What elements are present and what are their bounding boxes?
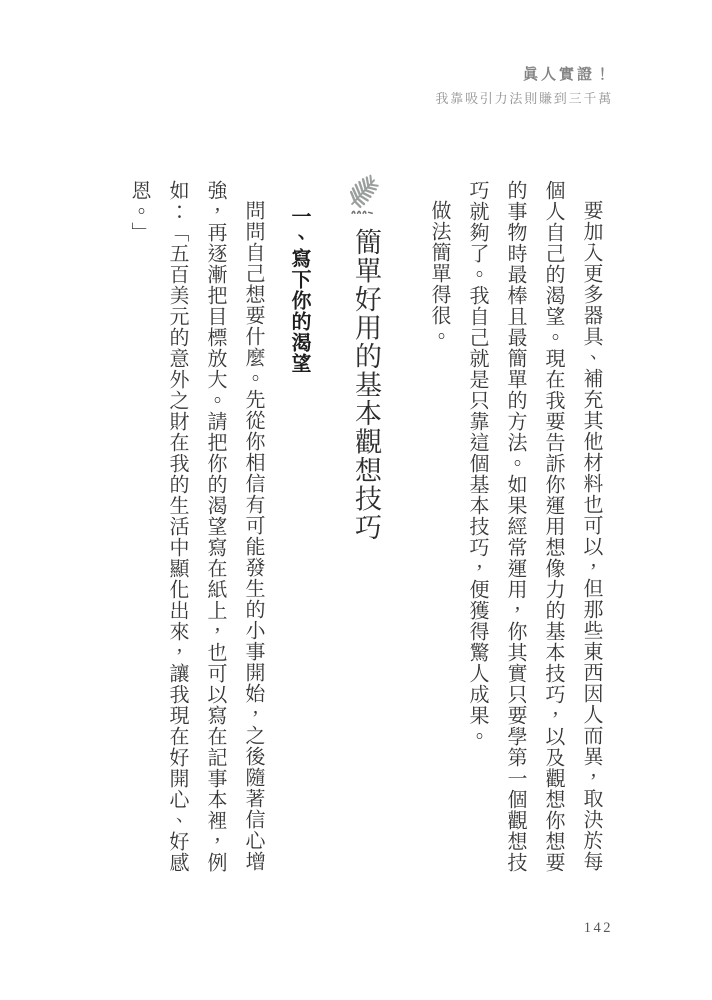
fern-leaf-icon bbox=[344, 172, 384, 216]
paragraph: 要加入更多器具、補充其他材料也可以，但那些東西因人而異，取決於每個人自己的渴望。… bbox=[458, 180, 610, 880]
book-title-line2: 我靠吸引力法則賺到三千萬 bbox=[435, 88, 613, 107]
section-heading-text: 簡單好用的基本觀想技巧 bbox=[351, 228, 381, 542]
paragraph: 做法簡單得很。 bbox=[420, 180, 458, 880]
section-heading: 簡單好用的基本觀想技巧 bbox=[342, 180, 390, 880]
book-title-line1: 眞人實證！ bbox=[435, 63, 613, 84]
running-head: 眞人實證！ 我靠吸引力法則賺到三千萬 bbox=[435, 63, 613, 107]
vertical-text-block: 要加入更多器具、補充其他材料也可以，但那些東西因人而異，取決於每個人自己的渴望。… bbox=[110, 180, 610, 880]
subsection-heading: 一、寫下你的渴望 bbox=[280, 180, 318, 880]
book-page: 眞人實證！ 我靠吸引力法則賺到三千萬 要加入更多器具、補充其他材料也可以，但那些… bbox=[0, 0, 712, 1000]
page-number: 142 bbox=[584, 920, 613, 937]
paragraph: 問問自己想要什麼。先從你相信有可能發生的小事開始，之後隨著信心增強，再逐漸把目標… bbox=[120, 180, 272, 880]
